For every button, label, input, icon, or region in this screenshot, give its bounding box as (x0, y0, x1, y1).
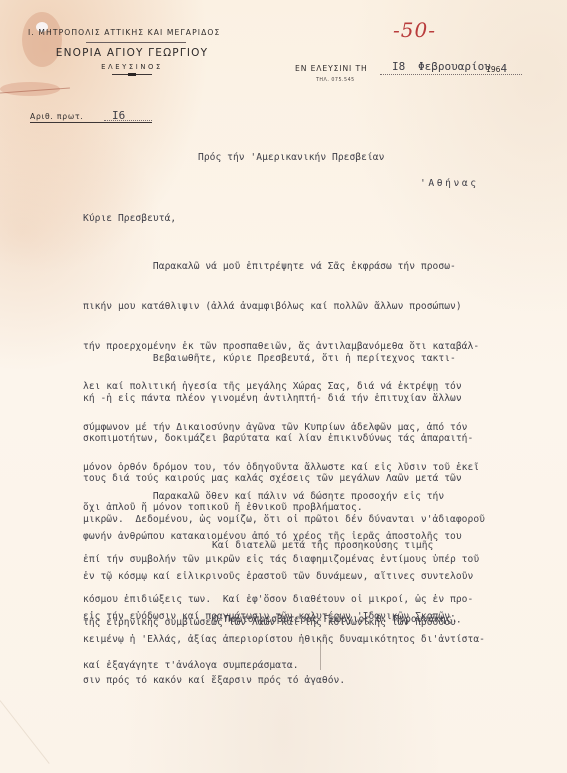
paragraph-line: Παρακαλῶ νά μοῦ ἐπιτρέψητε νά Σᾶς ἐκφράσ… (83, 260, 479, 273)
letterhead-divider (86, 42, 186, 43)
date-year-last-digit: 4 (501, 62, 508, 75)
paragraph-line: πικήν μου κατάθλιψιν (ἀλλά ἀναμφιβόλως κ… (83, 300, 479, 313)
protocol-label: Αριθ. πρωτ. (30, 112, 84, 121)
dateline-place: ΕΝ ΕΛΕΥΣΙΝΙ ΤΗ (295, 64, 368, 73)
paragraph-line: Βεβαιωθῆτε, κύριε Πρεσβευτά, ὅτι ἡ περίτ… (83, 352, 485, 365)
paper-crease (0, 88, 70, 94)
letterhead-metropolis: I. ΜΗΤΡΟΠΟΛΙΣ ΑΤΤΙΚΗΣ ΚΑΙ ΜΕΓΑΡΙΔΟΣ (28, 28, 220, 37)
date-year: 1964 (486, 62, 507, 75)
closing-line: Καί διατελῶ μετά τῆς προσηκούσης τιμῆς (212, 539, 433, 552)
protocol-number-field: Αριθ. πρωτ. I6 (30, 109, 152, 123)
date-day: I8 (392, 60, 405, 73)
body-paragraph-3: Παρακαλῶ ὅθεν καί πάλιν νά δώσητε προσοχ… (83, 463, 473, 699)
page-number: -50- (393, 18, 436, 42)
paper-stain (0, 82, 60, 96)
date-year-prefix: 196 (486, 65, 501, 74)
date-month: Φεβρουαρίου (418, 60, 491, 73)
recipient-city: 'Αθήνας (420, 177, 479, 190)
protocol-value: I6 (112, 109, 125, 122)
letterhead-parish: ΕΝΟΡΙΑ ΑΓΙΟΥ ΓΕΩΡΓΙΟΥ (52, 47, 212, 59)
signature-line: 'Ο Πρωτοπρεσβύτερος Γεώργιος Θ. Πυρουνάκ… (207, 613, 458, 626)
salutation: Κύριε Πρεσβευτά, (83, 212, 176, 225)
letter-page: I. ΜΗΤΡΟΠΟΛΙΣ ΑΤΤΙΚΗΣ ΚΑΙ ΜΕΓΑΡΙΔΟΣ ΕΝΟΡ… (0, 0, 567, 773)
paragraph-line: ἐν τῷ κόσμῳ καί εἰλικρινοῦς ἐραστοῦ τῶν … (83, 570, 473, 583)
phone-number: ΤΗΛ. 075.545 (316, 78, 355, 83)
letterhead-ornament (112, 74, 152, 75)
paragraph-line: σκοπιμοτήτων, δοκιμάζει βαρύτατα καί λία… (83, 432, 485, 445)
recipient-line: Πρός τήν 'Αμερικανικήν Πρεσβείαν (198, 151, 384, 164)
paragraph-line: Παρακαλῶ ὅθεν καί πάλιν νά δώσητε προσοχ… (83, 490, 473, 503)
letterhead-city: ΕΛΕΥΣΙΝΟΣ (78, 63, 186, 71)
paper-crease (0, 700, 50, 764)
paragraph-line: κή -ἡ εἰς πάντα πλέον γινομένη ἀντιληπτή… (83, 392, 485, 405)
paragraph-final-line: καί ἐξαγάγητε τ'ἀνάλογα συμπεράσματα. (83, 659, 473, 672)
